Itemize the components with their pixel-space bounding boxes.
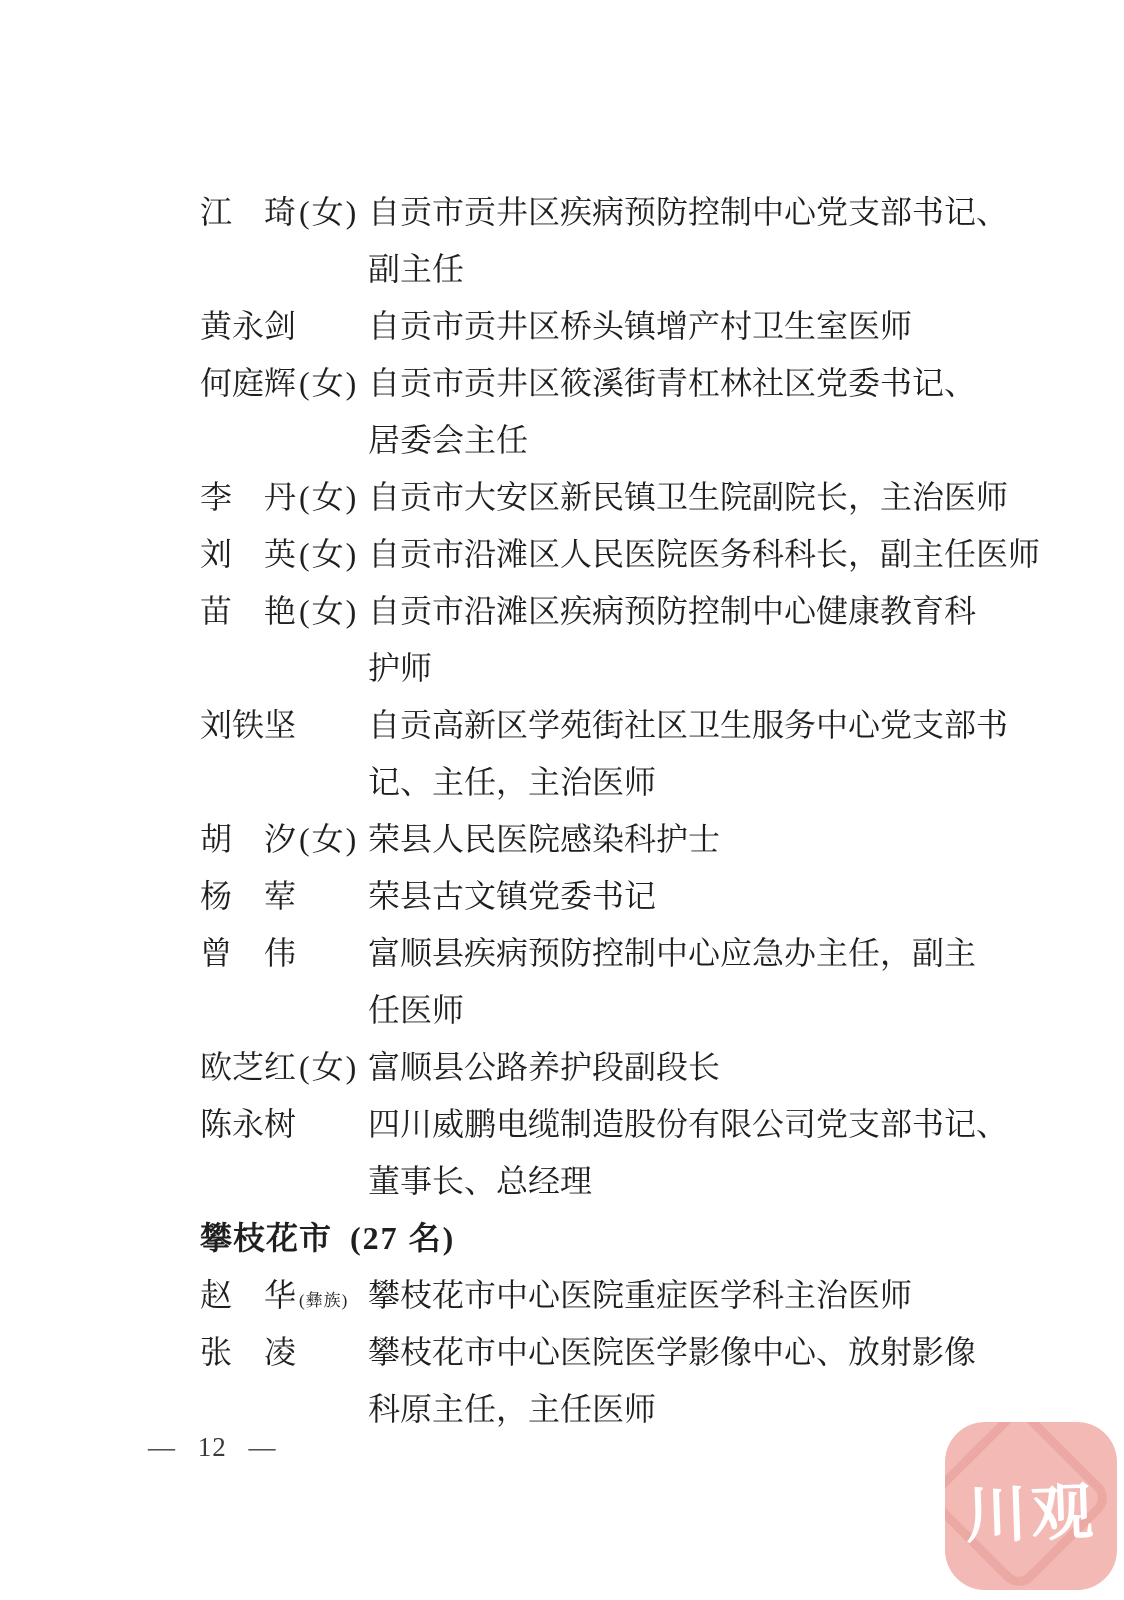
person-name: 张凌 (200, 1324, 296, 1381)
position-text: 四川威鹏电缆制造股份有限公司党支部书记、董事长、总经理 (368, 1096, 1040, 1210)
name-cell: 黄永剑 (200, 298, 368, 355)
position-line: 自贡市贡井区筱溪街青杠林社区党委书记、 (368, 355, 1040, 412)
roster-entry-row: 杨荤 荣县古文镇党委书记 (200, 868, 1040, 925)
roster-entry-row: 欧芝红(女) 富顺县公路养护段副段长 (200, 1039, 1040, 1096)
person-name: 曾伟 (200, 925, 296, 982)
name-cell: 江琦(女) (200, 184, 368, 241)
name-suffix: (女) (299, 469, 358, 526)
person-name: 赵华 (200, 1267, 296, 1324)
roster-entry-row: 刘英(女) 自贡市沿滩区人民医院医务科科长，副主任医师 (200, 526, 1040, 583)
roster-entry-row: 曾伟 富顺县疾病预防控制中心应急办主任，副主任医师 (200, 925, 1040, 1039)
page-number: 12 (198, 1432, 227, 1462)
position-line: 护师 (368, 640, 1040, 697)
position-line: 任医师 (368, 982, 1040, 1039)
position-line: 攀枝花市中心医院医学影像中心、放射影像 (368, 1324, 1040, 1381)
name-suffix: (女) (299, 526, 358, 583)
name-cell: 苗艳(女) (200, 583, 368, 640)
name-cell: 刘铁坚 (200, 697, 368, 754)
position-line: 副主任 (368, 241, 1040, 298)
position-line: 自贡市沿滩区疾病预防控制中心健康教育科 (368, 583, 1040, 640)
position-text: 富顺县公路养护段副段长 (368, 1039, 1040, 1096)
honor-roster: 江琦(女) 自贡市贡井区疾病预防控制中心党支部书记、副主任 黄永剑 自贡市贡井区… (200, 184, 1040, 1438)
person-name: 江琦 (200, 184, 296, 241)
person-name: 杨荤 (200, 868, 296, 925)
person-name: 刘铁坚 (200, 697, 296, 754)
person-name: 苗艳 (200, 583, 296, 640)
roster-entry-row: 何庭辉(女) 自贡市贡井区筱溪街青杠林社区党委书记、居委会主任 (200, 355, 1040, 469)
roster-entry-row: 李丹(女) 自贡市大安区新民镇卫生院副院长，主治医师 (200, 469, 1040, 526)
name-cell: 何庭辉(女) (200, 355, 368, 412)
roster-list-panzhihua: 赵华(彝族) 攀枝花市中心医院重症医学科主治医师 张凌 攀枝花市中心医院医学影像… (200, 1267, 1040, 1438)
name-cell: 欧芝红(女) (200, 1039, 368, 1096)
roster-entry-row: 黄永剑 自贡市贡井区桥头镇增产村卫生室医师 (200, 298, 1040, 355)
person-name: 何庭辉 (200, 355, 296, 412)
name-cell: 杨荤 (200, 868, 368, 925)
position-line: 自贡高新区学苑街社区卫生服务中心党支部书 (368, 697, 1040, 754)
position-text: 自贡市贡井区筱溪街青杠林社区党委书记、居委会主任 (368, 355, 1040, 469)
roster-entry-row: 胡汐(女) 荣县人民医院感染科护士 (200, 811, 1040, 868)
position-line: 自贡市贡井区桥头镇增产村卫生室医师 (368, 298, 1040, 355)
position-line: 董事长、总经理 (368, 1153, 1040, 1210)
name-cell: 张凌 (200, 1324, 368, 1381)
person-name: 陈永树 (200, 1096, 296, 1153)
section-heading: 攀枝花市 (27 名) (200, 1210, 1040, 1267)
person-name: 欧芝红 (200, 1039, 296, 1096)
name-suffix: (女) (299, 1039, 358, 1096)
section-heading-count: (27 名) (350, 1220, 455, 1256)
page-number-footer: — 12 — (148, 1432, 277, 1463)
position-text: 荣县人民医院感染科护士 (368, 811, 1040, 868)
position-line: 自贡市沿滩区人民医院医务科科长，副主任医师 (368, 526, 1040, 583)
position-line: 攀枝花市中心医院重症医学科主治医师 (368, 1267, 1040, 1324)
position-text: 攀枝花市中心医院医学影像中心、放射影像科原主任，主任医师 (368, 1324, 1040, 1438)
watermark-text: 川观 (953, 1461, 1108, 1555)
name-cell: 胡汐(女) (200, 811, 368, 868)
chuanguan-watermark-logo: 川观 (945, 1422, 1117, 1590)
roster-entry-row: 刘铁坚 自贡高新区学苑街社区卫生服务中心党支部书记、主任，主治医师 (200, 697, 1040, 811)
roster-entry-row: 陈永树 四川威鹏电缆制造股份有限公司党支部书记、董事长、总经理 (200, 1096, 1040, 1210)
name-cell: 赵华(彝族) (200, 1267, 368, 1324)
person-name: 胡汐 (200, 811, 296, 868)
document-page: 江琦(女) 自贡市贡井区疾病预防控制中心党支部书记、副主任 黄永剑 自贡市贡井区… (0, 0, 1124, 1600)
position-text: 自贡市沿滩区人民医院医务科科长，副主任医师 (368, 526, 1040, 583)
roster-entry-row: 江琦(女) 自贡市贡井区疾病预防控制中心党支部书记、副主任 (200, 184, 1040, 298)
person-name: 刘英 (200, 526, 296, 583)
name-suffix: (彝族) (299, 1272, 348, 1329)
position-text: 自贡高新区学苑街社区卫生服务中心党支部书记、主任，主治医师 (368, 697, 1040, 811)
roster-entry-row: 张凌 攀枝花市中心医院医学影像中心、放射影像科原主任，主任医师 (200, 1324, 1040, 1438)
footer-dash-right: — (249, 1432, 277, 1462)
name-suffix: (女) (299, 811, 358, 868)
section-heading-city: 攀枝花市 (200, 1220, 332, 1256)
position-line: 四川威鹏电缆制造股份有限公司党支部书记、 (368, 1096, 1040, 1153)
position-text: 攀枝花市中心医院重症医学科主治医师 (368, 1267, 1040, 1324)
position-text: 自贡市大安区新民镇卫生院副院长，主治医师 (368, 469, 1040, 526)
name-cell: 陈永树 (200, 1096, 368, 1153)
name-cell: 曾伟 (200, 925, 368, 982)
position-line: 居委会主任 (368, 412, 1040, 469)
position-line: 科原主任，主任医师 (368, 1381, 1040, 1438)
position-line: 荣县人民医院感染科护士 (368, 811, 1040, 868)
name-suffix: (女) (299, 583, 358, 640)
person-name: 李丹 (200, 469, 296, 526)
name-cell: 刘英(女) (200, 526, 368, 583)
footer-dash-left: — (148, 1432, 176, 1462)
person-name: 黄永剑 (200, 298, 296, 355)
roster-entry-row: 赵华(彝族) 攀枝花市中心医院重症医学科主治医师 (200, 1267, 1040, 1324)
name-suffix: (女) (299, 355, 358, 412)
position-text: 荣县古文镇党委书记 (368, 868, 1040, 925)
position-text: 自贡市沿滩区疾病预防控制中心健康教育科护师 (368, 583, 1040, 697)
position-text: 富顺县疾病预防控制中心应急办主任，副主任医师 (368, 925, 1040, 1039)
position-line: 自贡市大安区新民镇卫生院副院长，主治医师 (368, 469, 1040, 526)
name-suffix: (女) (299, 184, 358, 241)
name-cell: 李丹(女) (200, 469, 368, 526)
position-line: 记、主任，主治医师 (368, 754, 1040, 811)
position-text: 自贡市贡井区疾病预防控制中心党支部书记、副主任 (368, 184, 1040, 298)
roster-entry-row: 苗艳(女) 自贡市沿滩区疾病预防控制中心健康教育科护师 (200, 583, 1040, 697)
roster-list-zigong: 江琦(女) 自贡市贡井区疾病预防控制中心党支部书记、副主任 黄永剑 自贡市贡井区… (200, 184, 1040, 1210)
position-line: 富顺县公路养护段副段长 (368, 1039, 1040, 1096)
position-line: 富顺县疾病预防控制中心应急办主任，副主 (368, 925, 1040, 982)
position-line: 自贡市贡井区疾病预防控制中心党支部书记、 (368, 184, 1040, 241)
position-text: 自贡市贡井区桥头镇增产村卫生室医师 (368, 298, 1040, 355)
position-line: 荣县古文镇党委书记 (368, 868, 1040, 925)
